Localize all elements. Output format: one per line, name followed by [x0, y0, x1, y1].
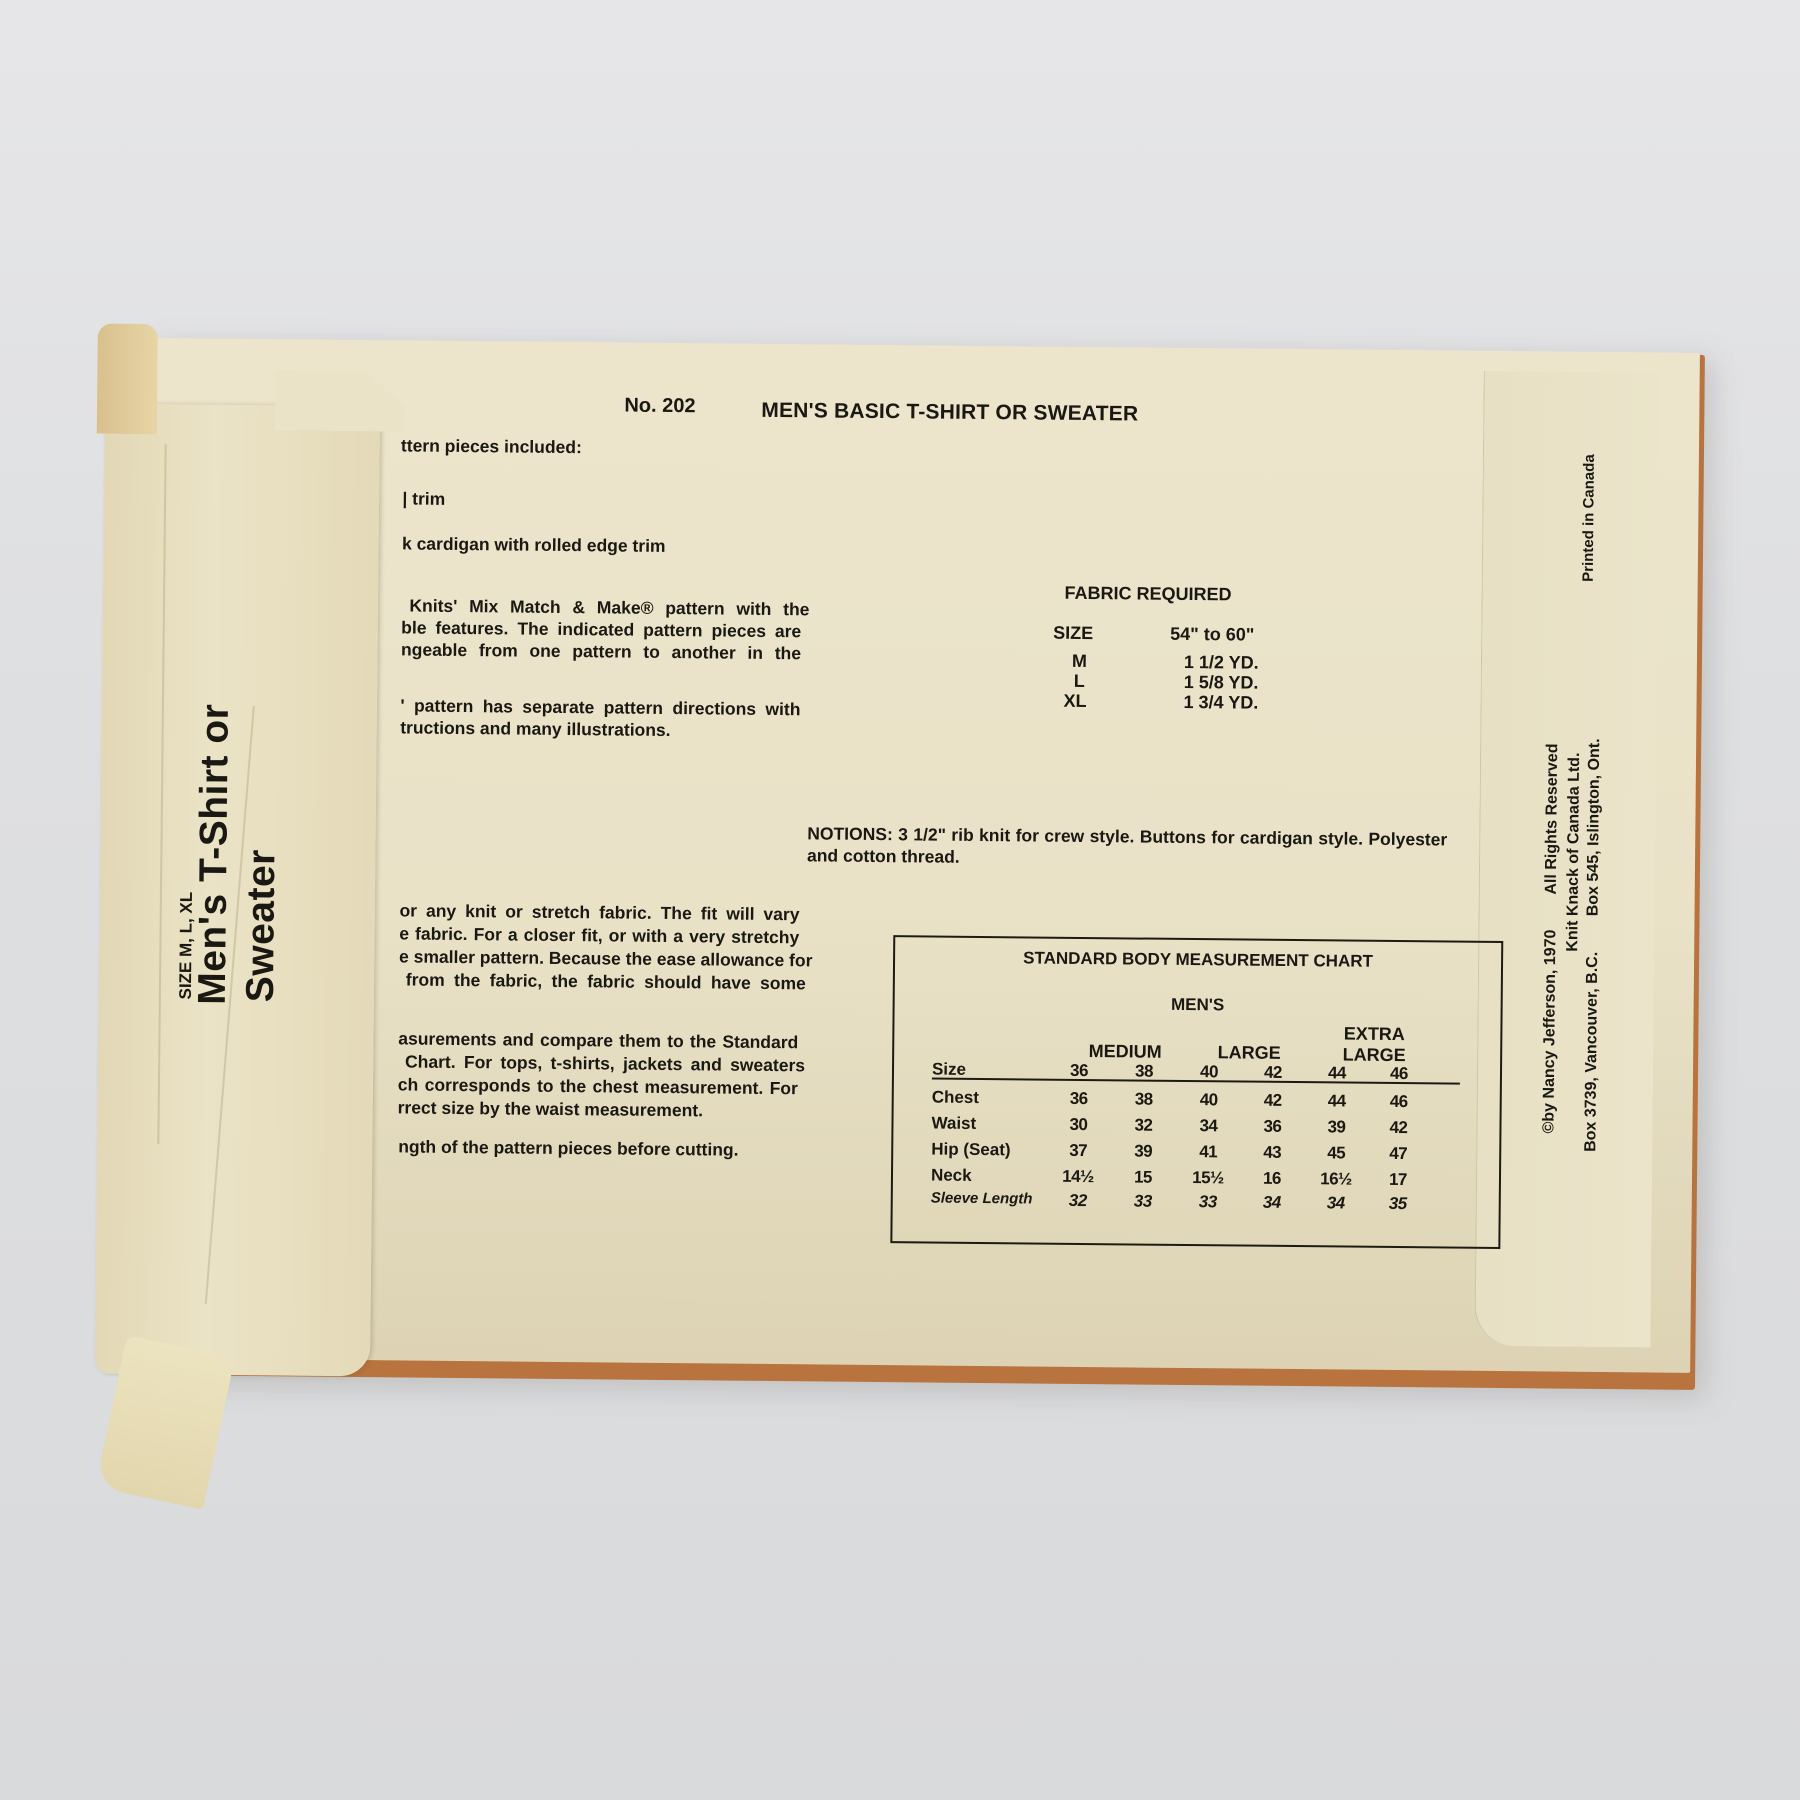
chart-subtitle: MEN'S [895, 992, 1501, 1018]
fabric-size-l: L [1074, 671, 1085, 692]
measurement-cell: 14½ [1053, 1167, 1103, 1187]
row-label: Chest [932, 1088, 979, 1108]
pieces-item: k cardigan with rolled edge trim [402, 533, 666, 557]
measurement-cell: 47 [1373, 1144, 1423, 1164]
measurement-cell: 33 [1118, 1191, 1168, 1211]
row-label: Sleeve Length [931, 1190, 1033, 1208]
measurement-cell: 33 [1183, 1192, 1233, 1212]
chart-title: STANDARD BODY MEASUREMENT CHART [895, 947, 1501, 973]
row-label: Hip (Seat) [931, 1140, 1011, 1161]
cutting-line: ngth of the pattern pieces before cuttin… [398, 1136, 738, 1160]
chart-rows: Chest363840424446Waist303234363942Hip (S… [895, 937, 1501, 943]
measurement-cell: 43 [1247, 1143, 1297, 1163]
fabric-note-line: from the fabric, the fabric should have … [406, 969, 806, 994]
measure-line: ch corresponds to the chest measurement.… [398, 1074, 798, 1099]
measurement-cell: 37 [1053, 1141, 1103, 1161]
measurement-cell: 46 [1374, 1092, 1424, 1112]
measurement-cell: 32 [1118, 1115, 1168, 1135]
pieces-item: | trim [402, 488, 445, 509]
measurement-cell: 34 [1311, 1193, 1361, 1213]
measurement-cell: 17 [1373, 1170, 1423, 1190]
fabric-yardage-l: 1 5/8 YD. [1184, 672, 1259, 694]
notions-text: NOTIONS: 3 1/2" rib knit for crew style.… [807, 822, 1447, 872]
measurement-cell: 35 [1373, 1194, 1423, 1214]
row-label: Waist [931, 1114, 976, 1134]
measurement-cell: 15 [1118, 1167, 1168, 1187]
fabric-size-header: SIZE [1053, 623, 1093, 644]
pieces-heading: ttern pieces included: [401, 435, 582, 458]
size-row: 363840424446 [895, 937, 1501, 943]
row-label: Neck [931, 1166, 972, 1186]
group-medium: MEDIUM [1070, 1041, 1180, 1063]
measurement-cell: 16 [1247, 1169, 1297, 1189]
fabric-note-line: e smaller pattern. Because the ease allo… [399, 946, 799, 971]
measurement-cell: 36 [1054, 1089, 1104, 1109]
printed-in-canada: Printed in Canada [1580, 454, 1598, 582]
tape-crease [157, 444, 166, 1144]
fabric-width-header: 54" to 60" [1170, 624, 1254, 646]
measurement-cell: 30 [1053, 1115, 1103, 1135]
measurement-cell: 32 [1053, 1191, 1103, 1211]
pattern-number: No. 202 [624, 395, 695, 419]
measurement-cell: 41 [1183, 1142, 1233, 1162]
measurement-cell: 38 [1119, 1089, 1169, 1109]
measurement-cell: 36 [1247, 1117, 1297, 1137]
measure-line: rrect size by the waist measurement. [398, 1097, 704, 1121]
fabric-yardage-xl: 1 3/4 YD. [1183, 692, 1258, 714]
group-extra-large: EXTRA LARGE [1314, 1023, 1434, 1066]
fabric-required-heading: FABRIC REQUIRED [1064, 583, 1231, 606]
fabric-size-m: M [1072, 651, 1087, 672]
fabric-size-xl: XL [1063, 691, 1086, 712]
measurement-cell: 34 [1247, 1193, 1297, 1213]
pattern-title: MEN'S BASIC T-SHIRT OR SWEATER [761, 399, 1138, 427]
measurement-cell: 42 [1373, 1118, 1423, 1138]
measurement-chart: STANDARD BODY MEASUREMENT CHART MEN'S ME… [890, 935, 1503, 1249]
measurement-cell: 16½ [1311, 1169, 1361, 1189]
mix-match-line: Knits' Mix Match & Make® pattern with th… [409, 596, 809, 621]
copyright-line: ©by Nancy Jefferson, 1970 All Rights Res… [1540, 743, 1562, 1133]
measurement-cell: 39 [1311, 1117, 1361, 1137]
group-large: LARGE [1194, 1042, 1304, 1064]
fabric-yardage-m: 1 1/2 YD. [1184, 652, 1259, 674]
measurement-cell: 42 [1248, 1091, 1298, 1111]
measure-line: Chart. For tops, t-shirts, jackets and s… [405, 1051, 805, 1076]
measurement-cell: 34 [1183, 1116, 1233, 1136]
mix-match-line: ngeable from one pattern to another in t… [401, 639, 801, 664]
tape-title-line1: Men's T-Shirt or [191, 703, 238, 1005]
fabric-note-line: or any knit or stretch fabric. The fit w… [399, 900, 799, 925]
directions-line: ' pattern has separate pattern direction… [400, 695, 800, 720]
measurement-cell: 40 [1184, 1090, 1234, 1110]
fabric-note-line: e fabric. For a closer fit, or with a ve… [399, 923, 799, 948]
measurement-cell: 45 [1311, 1143, 1361, 1163]
measurement-cell: 39 [1118, 1141, 1168, 1161]
mix-match-line: ble features. The indicated pattern piec… [401, 617, 801, 642]
directions-line: tructions and many illustrations. [400, 717, 671, 741]
tape-worn-corner [97, 324, 158, 435]
measurement-cell: 44 [1312, 1091, 1362, 1111]
measurement-cell: 15½ [1183, 1168, 1233, 1188]
measure-line: asurements and compare them to the Stand… [398, 1028, 798, 1053]
tape-title-line2: Sweater [239, 849, 285, 1003]
address-line: Box 3739, Vancouver, B.C. Box 545, Islin… [1582, 738, 1604, 1152]
publisher-line: Knit Knack of Canada Ltd. [1564, 752, 1584, 951]
tape-label: SIZE M, L, XL Men's T-Shirt or Sweater [95, 404, 380, 1377]
